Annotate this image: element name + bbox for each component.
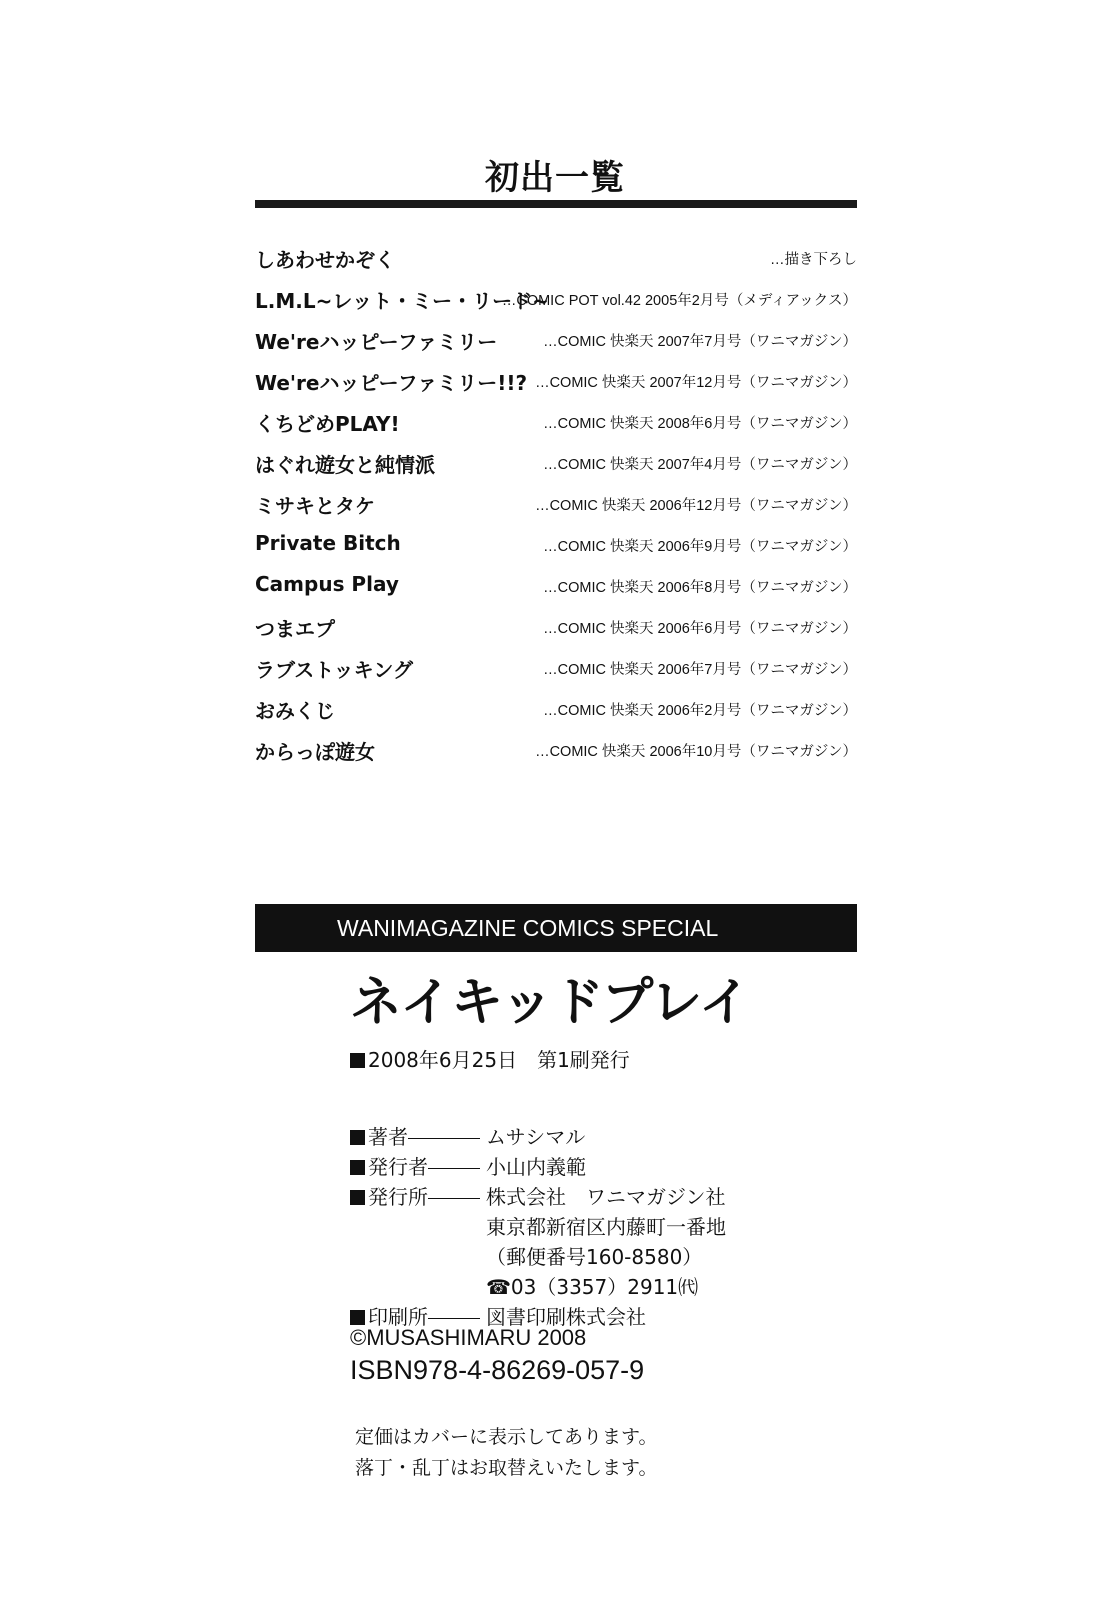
dash-leader <box>428 1198 480 1199</box>
toc-entry-source: …COMIC 快楽天 2006年6月号（ワニマガジン） <box>543 617 857 638</box>
toc-list: しあわせかぞく…描き下ろし L.M.L~レット・ミー・リード~…COMIC PO… <box>255 240 857 773</box>
toc-entry: しあわせかぞく…描き下ろし <box>255 240 857 281</box>
toc-entry-title: We'reハッピーファミリー!!? <box>255 367 527 396</box>
square-bullet-icon <box>350 1160 365 1175</box>
dash-leader <box>428 1318 480 1319</box>
toc-entry-source: …COMIC 快楽天 2006年2月号（ワニマガジン） <box>543 699 857 720</box>
toc-entry: We'reハッピーファミリー!!?…COMIC 快楽天 2007年12月号（ワニ… <box>255 363 857 404</box>
publisher-label: 発行所 <box>368 1185 428 1209</box>
toc-entry: ミサキとタケ…COMIC 快楽天 2006年12月号（ワニマガジン） <box>255 486 857 527</box>
toc-entry-source: …COMIC 快楽天 2006年8月号（ワニマガジン） <box>543 576 857 597</box>
author-value: ムサシマル <box>486 1122 585 1152</box>
isbn: ISBN978-4-86269-057-9 <box>350 1355 644 1386</box>
toc-entry-source: …COMIC 快楽天 2006年7月号（ワニマガジン） <box>543 658 857 679</box>
heading-rule <box>255 200 857 208</box>
toc-entry-title: つまエプ <box>255 613 335 642</box>
toc-entry-source: …COMIC 快楽天 2008年6月号（ワニマガジン） <box>543 412 857 433</box>
replacement-note: 落丁・乱丁はお取替えいたします。 <box>355 1453 657 1484</box>
toc-entry: おみくじ…COMIC 快楽天 2006年2月号（ワニマガジン） <box>255 691 857 732</box>
toc-entry: くちどめPLAY!…COMIC 快楽天 2008年6月号（ワニマガジン） <box>255 404 857 445</box>
toc-entry: Campus Play…COMIC 快楽天 2006年8月号（ワニマガジン） <box>255 568 857 609</box>
dash-leader <box>408 1138 480 1139</box>
toc-entry-title: ミサキとタケ <box>255 490 375 519</box>
toc-entry-source: …COMIC 快楽天 2006年9月号（ワニマガジン） <box>543 535 857 556</box>
toc-entry-source: …COMIC 快楽天 2007年4月号（ワニマガジン） <box>543 453 857 474</box>
toc-entry-title: Campus Play <box>255 572 399 596</box>
toc-entry-title: からっぽ遊女 <box>255 736 375 765</box>
toc-entry: からっぽ遊女…COMIC 快楽天 2006年10月号（ワニマガジン） <box>255 732 857 773</box>
author-label: 著者 <box>368 1125 408 1149</box>
publisher-person-label: 発行者 <box>368 1155 428 1179</box>
series-banner: WANIMAGAZINE COMICS SPECIAL <box>255 904 857 952</box>
toc-entry-title: しあわせかぞく <box>255 244 395 273</box>
dash-leader <box>428 1168 480 1169</box>
toc-entry-source: …COMIC 快楽天 2007年7月号（ワニマガジン） <box>543 330 857 351</box>
square-bullet-icon <box>350 1190 365 1205</box>
address-value: 東京都新宿区内藤町一番地 <box>486 1212 726 1242</box>
square-bullet-icon <box>350 1310 365 1325</box>
toc-entry-title: はぐれ遊女と純情派 <box>255 449 435 478</box>
notes: 定価はカバーに表示してあります。 落丁・乱丁はお取替えいたします。 <box>355 1422 657 1484</box>
price-note: 定価はカバーに表示してあります。 <box>355 1422 657 1453</box>
toc-entry-title: We'reハッピーファミリー <box>255 326 497 355</box>
publisher-person-value: 小山内義範 <box>486 1152 586 1182</box>
publisher-value: 株式会社 ワニマガジン社 <box>486 1182 726 1212</box>
toc-entry-source: …COMIC 快楽天 2007年12月号（ワニマガジン） <box>535 371 857 392</box>
postal-value: （郵便番号160-8580） <box>486 1242 702 1272</box>
toc-entry-source: …COMIC POT vol.42 2005年2月号（メディアックス） <box>502 289 857 310</box>
toc-entry-title: Private Bitch <box>255 531 401 555</box>
toc-entry-source: …COMIC 快楽天 2006年10月号（ワニマガジン） <box>535 740 857 761</box>
toc-entry-title: おみくじ <box>255 695 335 724</box>
toc-entry-source: …COMIC 快楽天 2006年12月号（ワニマガジン） <box>535 494 857 515</box>
toc-entry-title: くちどめPLAY! <box>255 408 400 437</box>
toc-heading: 初出一覧 <box>0 150 1110 199</box>
toc-entry-title: ラブストッキング <box>255 654 413 683</box>
book-title: ネイキッドプレイ <box>350 960 750 1035</box>
toc-entry: はぐれ遊女と純情派…COMIC 快楽天 2007年4月号（ワニマガジン） <box>255 445 857 486</box>
toc-entry: We'reハッピーファミリー…COMIC 快楽天 2007年7月号（ワニマガジン… <box>255 322 857 363</box>
phone-value: ☎03（3357）2911㈹ <box>486 1272 698 1302</box>
toc-entry: つまエプ…COMIC 快楽天 2006年6月号（ワニマガジン） <box>255 609 857 650</box>
toc-entry-source: …描き下ろし <box>770 248 857 269</box>
toc-entry: ラブストッキング…COMIC 快楽天 2006年7月号（ワニマガジン） <box>255 650 857 691</box>
square-bullet-icon <box>350 1130 365 1145</box>
series-label: WANIMAGAZINE COMICS SPECIAL <box>337 904 718 952</box>
toc-entry: L.M.L~レット・ミー・リード~…COMIC POT vol.42 2005年… <box>255 281 857 322</box>
copyright: ©MUSASHIMARU 2008 <box>350 1325 586 1351</box>
toc-entry: Private Bitch…COMIC 快楽天 2006年9月号（ワニマガジン） <box>255 527 857 568</box>
square-bullet-icon <box>350 1053 365 1068</box>
publication-date: 2008年6月25日 第1刷発行 <box>350 1044 630 1073</box>
